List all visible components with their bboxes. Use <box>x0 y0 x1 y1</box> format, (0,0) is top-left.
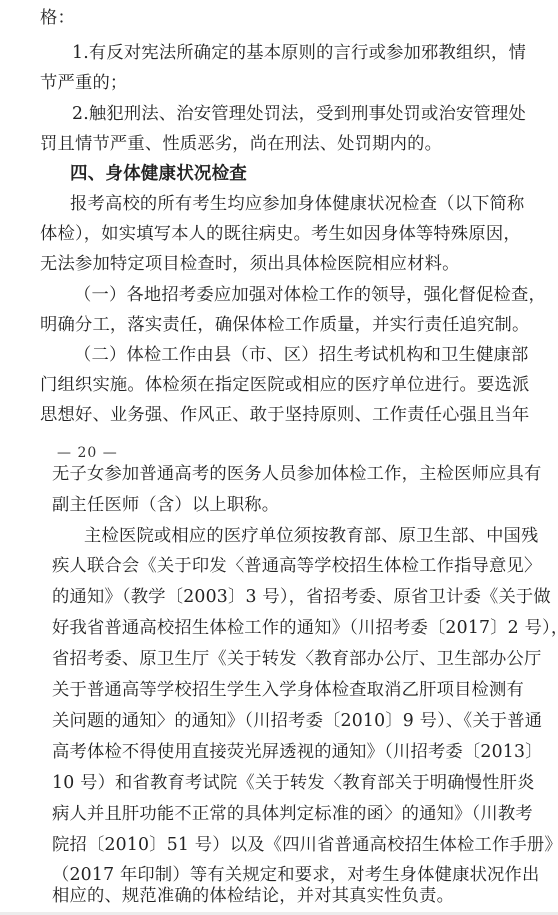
text-line: 病人并且肝功能不正常的具体判定标准的函〉的通知》（川教考 <box>52 804 533 824</box>
text-line: （2017 年印制）等有关规定和要求，对考生身体健康状况作出 <box>52 865 540 885</box>
list-item-1: 1.有反对宪法所确定的基本原则的言行或参加邪教组织，情 <box>72 43 526 63</box>
text-line: 无法参加特定项目检查时，须出具体检医院相应材料。 <box>40 254 460 274</box>
text-line: 格： <box>40 8 75 28</box>
paragraph-start: 报考高校的所有考生均应参加身体健康状况检查（以下简称 <box>70 194 525 214</box>
text-line: 疾人联合会《关于印发〈普通高等学校招生体检工作指导意见〉 <box>52 556 541 576</box>
list-item-2: 2.触犯刑法、治安管理处罚法，受到刑事处罚或治安管理处 <box>72 104 526 124</box>
text-line: 10 号）和省教育考试院《关于转发〈教育部关于明确慢性肝炎 <box>52 773 535 793</box>
text-line: 思想好、业务强、作风正、敢于坚持原则、工作责任心强且当年 <box>40 405 529 425</box>
text-line: 罚且情节严重、性质恶劣，尚在刑法、处罚期内的。 <box>40 134 442 154</box>
text-line: 的通知》（教学〔2003〕3 号），省招考委、原省卫计委《关于做 <box>52 587 551 607</box>
text-line: 关问题的通知〉的通知》（川招考委〔2010〕9 号）、《关于普通 <box>52 711 542 731</box>
paragraph-start: 主检医院或相应的医疗单位须按教育部、原卫生部、中国残 <box>84 526 539 546</box>
text-line: 副主任医师（含）以上职称。 <box>52 495 279 515</box>
subsection-2: （二）体检工作由县（市、区）招生考试机构和卫生健康部 <box>74 345 529 365</box>
text-line: 关于普通高等学校招生学生入学身体检查取消乙肝项目检测有 <box>52 680 524 700</box>
text-line: 好我省普通高校招生体检工作的通知》（川招考委〔2017〕2 号）， <box>52 618 558 638</box>
text-line: 院招〔2010〕51 号）以及《四川省普通高校招生体检工作手册》 <box>52 835 558 855</box>
text-line: 相应的、规范准确的体检结论，并对其真实性负责。 <box>52 886 454 906</box>
text-line: 明确分工，落实责任，确保体检工作质量，并实行责任追究制。 <box>40 315 529 335</box>
text-line: 无子女参加普通高考的医务人员参加体检工作，主检医师应具有 <box>52 464 541 484</box>
section-heading: 四、身体健康状况检查 <box>70 164 247 184</box>
page-number: — 20 — <box>57 443 118 463</box>
text-line: 节严重的； <box>40 73 127 93</box>
text-line: 体检），如实填写本人的既往病史。考生如因身体等特殊原因， <box>40 224 521 244</box>
subsection-1: （一）各地招考委应加强对体检工作的领导，强化督促检查， <box>74 285 546 305</box>
text-line: 省招考委、原卫生厅《关于转发〈教育部办公厅、卫生部办公厅 <box>52 649 541 669</box>
text-line: 门组织实施。体检须在指定医院或相应的医疗单位进行。要选派 <box>40 375 529 395</box>
text-line: 高考体检不得使用直接荧光屏透视的通知》（川招考委〔2013〕 <box>52 742 543 762</box>
